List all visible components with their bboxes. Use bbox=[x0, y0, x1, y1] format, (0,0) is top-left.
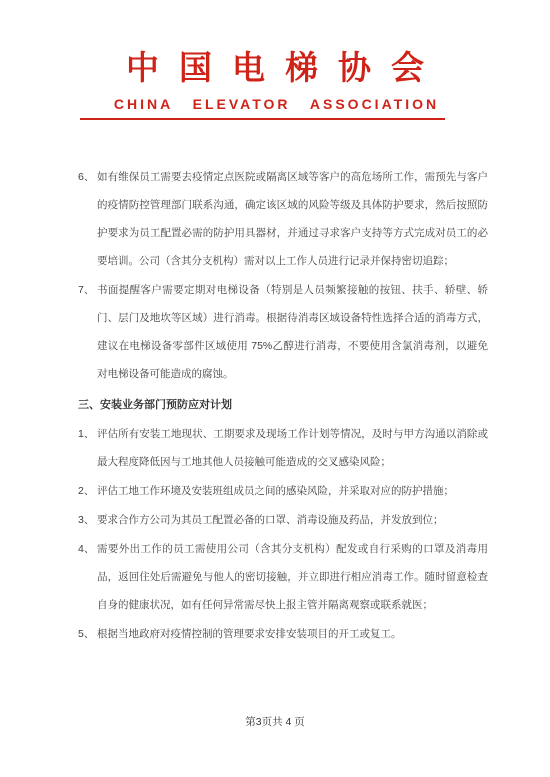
section-heading: 三、安装业务部门预防应对计划 bbox=[78, 391, 488, 419]
numbered-item: 5、 根据当地政府对疫情控制的管理要求安排安装项目的开工或复工。 bbox=[78, 620, 488, 648]
item-number: 1、 bbox=[78, 420, 97, 476]
item-number: 5、 bbox=[78, 620, 97, 648]
document-body: 6、 如有维保员工需要去疫情定点医院或隔离区域等客户的高危场所工作，需预先与客户… bbox=[78, 163, 488, 649]
item-text: 如有维保员工需要去疫情定点医院或隔离区域等客户的高危场所工作，需预先与客户的疫情… bbox=[97, 163, 488, 275]
numbered-item: 4、 需要外出工作的员工需使用公司（含其分支机构）配发或自行采购的口罩及消毒用品… bbox=[78, 535, 488, 619]
letterhead: 中国电梯协会 CHINA ELEVATOR ASSOCIATION bbox=[0, 0, 550, 114]
numbered-item: 7、 书面提醒客户需要定期对电梯设备（特别是人员频繁接触的按钮、扶手、轿壁、轿门… bbox=[78, 276, 488, 388]
item-number: 7、 bbox=[78, 276, 97, 388]
item-number: 3、 bbox=[78, 506, 97, 534]
org-title-chinese: 中国电梯协会 bbox=[0, 46, 550, 90]
numbered-item: 1、 评估所有安装工地现状、工期要求及现场工作计划等情况，及时与甲方沟通以消除或… bbox=[78, 420, 488, 476]
item-text: 根据当地政府对疫情控制的管理要求安排安装项目的开工或复工。 bbox=[97, 620, 488, 648]
item-text: 评估工地工作环境及安装班组成员之间的感染风险，并采取对应的防护措施； bbox=[97, 477, 488, 505]
org-title-english: CHINA ELEVATOR ASSOCIATION bbox=[0, 94, 550, 114]
item-text: 书面提醒客户需要定期对电梯设备（特别是人员频繁接触的按钮、扶手、轿壁、轿门、层门… bbox=[97, 276, 488, 388]
item-number: 6、 bbox=[78, 163, 97, 275]
item-text: 评估所有安装工地现状、工期要求及现场工作计划等情况，及时与甲方沟通以消除或最大程… bbox=[97, 420, 488, 476]
page-footer: 第3页共 4 页 bbox=[0, 708, 550, 736]
item-number: 4、 bbox=[78, 535, 97, 619]
item-text: 要求合作方公司为其员工配置必备的口罩、消毒设施及药品，并发放到位； bbox=[97, 506, 488, 534]
numbered-item: 6、 如有维保员工需要去疫情定点医院或隔离区域等客户的高危场所工作，需预先与客户… bbox=[78, 163, 488, 275]
numbered-item: 2、 评估工地工作环境及安装班组成员之间的感染风险，并采取对应的防护措施； bbox=[78, 477, 488, 505]
item-text: 需要外出工作的员工需使用公司（含其分支机构）配发或自行采购的口罩及消毒用品，返回… bbox=[97, 535, 488, 619]
item-number: 2、 bbox=[78, 477, 97, 505]
document-page: 中国电梯协会 CHINA ELEVATOR ASSOCIATION 6、 如有维… bbox=[0, 0, 550, 777]
page-number: 第3页共 4 页 bbox=[245, 716, 305, 728]
numbered-item: 3、 要求合作方公司为其员工配置必备的口罩、消毒设施及药品，并发放到位； bbox=[78, 506, 488, 534]
letterhead-rule bbox=[80, 118, 445, 120]
